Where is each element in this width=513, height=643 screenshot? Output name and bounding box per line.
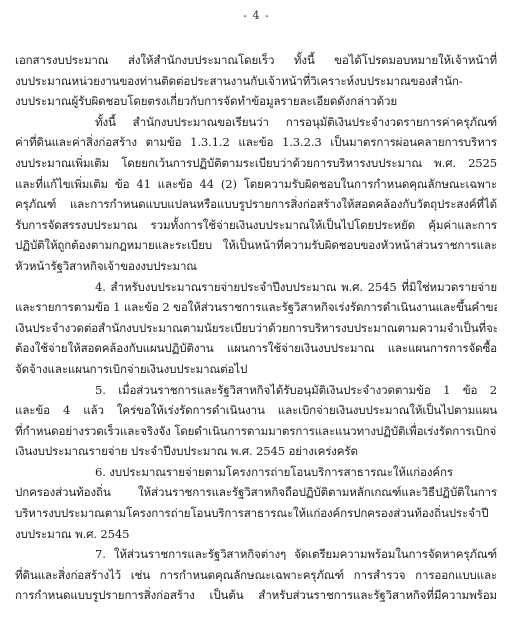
- text-line: เอกสารงบประมาณ ส่งให้สำนักงบประมาณโดยเร็…: [15, 50, 497, 71]
- text-line: เงินงบประมาณรายจ่าย ประจำปีงบประมาณ พ.ศ.…: [15, 441, 497, 462]
- text-line: ปกครองส่วนท้องถิ่น ให้ส่วนราชการและรัฐวิ…: [15, 482, 497, 503]
- text-line: เงินประจำงวดต่อสำนักงบประมาณตามนัยระเบีย…: [15, 318, 497, 339]
- text-line: 4. สำหรับงบประมาณรายจ่ายประจำปีงบประมาณ …: [15, 277, 497, 298]
- text-line: และที่แก้ไขเพิ่มเติม ข้อ 41 และข้อ 44 (2…: [15, 174, 497, 195]
- text-line: และข้อ 4 แล้ว ใคร่ขอให้เร่งรัดการดำเนินง…: [15, 400, 497, 421]
- text-line: งบประมาณเพิ่มเติม โดยยกเว้นการปฏิบัติตาม…: [15, 153, 497, 174]
- text-line: ค่าที่ดินและค่าสิ่งก่อสร้าง ตามข้อ 1.3.1…: [15, 132, 497, 153]
- text-line: ทั้งนี้ สำนักงบประมาณขอเรียนว่า การอนุมั…: [15, 112, 497, 133]
- text-line: หัวหน้ารัฐวิสาหกิจเจ้าของงบประมาณ: [15, 256, 497, 277]
- text-line: บริหารงบประมาณตามโครงการถ่ายโอนบริการสาธ…: [15, 503, 497, 524]
- text-line: 5. เมื่อส่วนราชการและรัฐวิสาหกิจได้รับอน…: [15, 380, 497, 401]
- text-line: ที่ดินและสิ่งก่อสร้างไว้ เช่น การกำหนดคุ…: [15, 565, 497, 586]
- text-line: ที่กำหนดอย่างรวดเร็วและจริงจัง โดยดำเนิน…: [15, 421, 497, 442]
- text-line: งบประมาณ พ.ศ. 2545: [15, 524, 497, 545]
- text-line: ครุภัณฑ์ และการกำหนดแบบแปลนหรือแบบรูปราย…: [15, 194, 497, 215]
- text-line: ต้องใช้จ่ายให้สอดคล้องกับแผนปฏิบัติงาน แ…: [15, 338, 497, 359]
- body-text: เอกสารงบประมาณ ส่งให้สำนักงบประมาณโดยเร็…: [15, 50, 497, 606]
- text-line: การกำหนดแบบรูปรายการสิ่งก่อสร้าง เป็นต้น…: [15, 585, 497, 606]
- text-line: และรายการตามข้อ 1 และข้อ 2 ขอให้ส่วนราชก…: [15, 297, 497, 318]
- page-number: - 4 -: [0, 9, 513, 22]
- text-line: 7. ให้ส่วนราชการและรัฐวิสาหกิจต่างๆ จัดเ…: [15, 544, 497, 565]
- text-line: 6. งบประมาณรายจ่ายตามโครงการถ่ายโอนบริกา…: [15, 462, 497, 483]
- text-line: จัดจ้างและแผนการเบิกจ่ายเงินงบประมาณต่อไ…: [15, 359, 497, 380]
- text-line: งบประมาณหน่วยงานของท่านติดต่อประสานงานกั…: [15, 71, 497, 92]
- text-line: ปฏิบัติให้ถูกต้องตามกฎหมายและระเบียบ ให้…: [15, 235, 497, 256]
- text-line: งบประมาณผู้รับผิดชอบโดยตรงเกี่ยวกับการจั…: [15, 91, 497, 112]
- document-page: - 4 - เอกสารงบประมาณ ส่งให้สำนักงบประมาณ…: [0, 0, 513, 643]
- text-line: รับการจัดสรรงบประมาณ รวมทั้งการใช้จ่ายเง…: [15, 215, 497, 236]
